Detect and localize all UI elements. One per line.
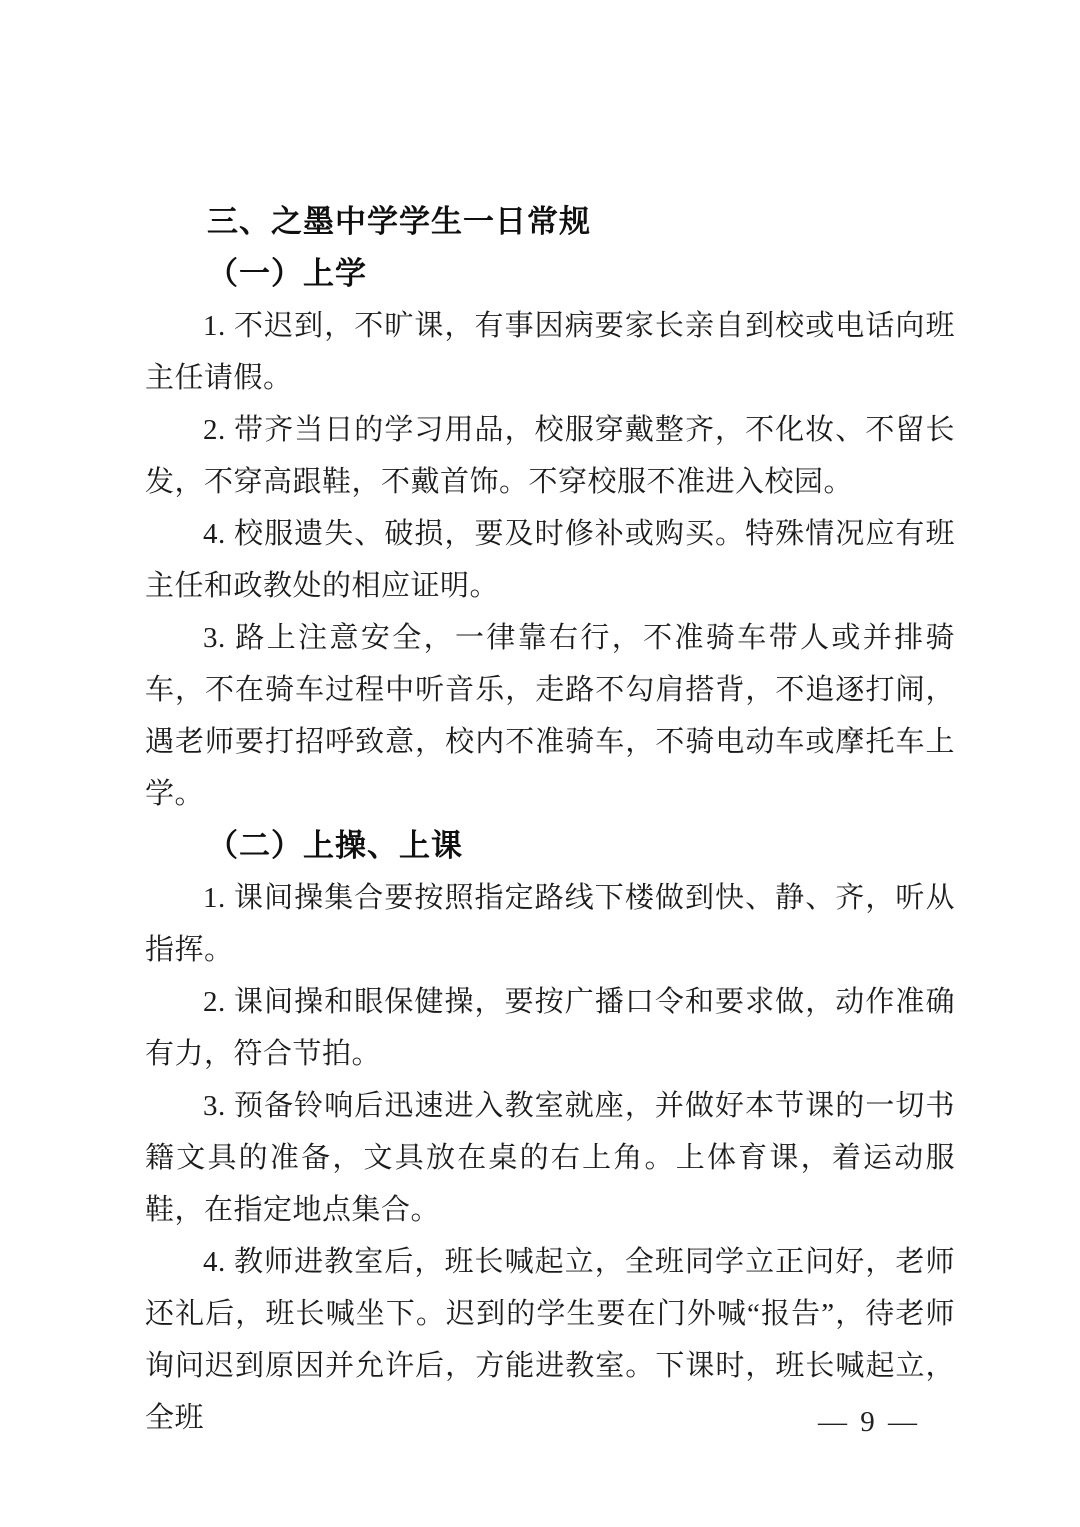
subsection-1-heading: （一）上学: [145, 248, 955, 300]
document-content: 三、之墨中学学生一日常规 （一）上学 1. 不迟到，不旷课，有事因病要家长亲自到…: [145, 196, 955, 1444]
section-heading: 三、之墨中学学生一日常规: [145, 196, 955, 248]
document-page: 三、之墨中学学生一日常规 （一）上学 1. 不迟到，不旷课，有事因病要家长亲自到…: [0, 0, 1080, 1527]
subsection-1-item-2: 2. 带齐当日的学习用品，校服穿戴整齐，不化妆、不留长发，不穿高跟鞋，不戴首饰。…: [145, 404, 955, 508]
subsection-2-item-1: 1. 课间操集合要按照指定路线下楼做到快、静、齐，听从指挥。: [145, 872, 955, 976]
subsection-2-item-2: 2. 课间操和眼保健操，要按广播口令和要求做，动作准确有力，符合节拍。: [145, 976, 955, 1080]
subsection-2-item-3: 3. 预备铃响后迅速进入教室就座，并做好本节课的一切书籍文具的准备，文具放在桌的…: [145, 1080, 955, 1236]
subsection-1-item-1: 1. 不迟到，不旷课，有事因病要家长亲自到校或电话向班主任请假。: [145, 300, 955, 404]
subsection-1-item-4: 3. 路上注意安全，一律靠右行，不准骑车带人或并排骑车，不在骑车过程中听音乐，走…: [145, 612, 955, 820]
subsection-1-item-3: 4. 校服遗失、破损，要及时修补或购买。特殊情况应有班主任和政教处的相应证明。: [145, 508, 955, 612]
page-number: — 9 —: [818, 1405, 920, 1439]
subsection-2-heading: （二）上操、上课: [145, 820, 955, 872]
